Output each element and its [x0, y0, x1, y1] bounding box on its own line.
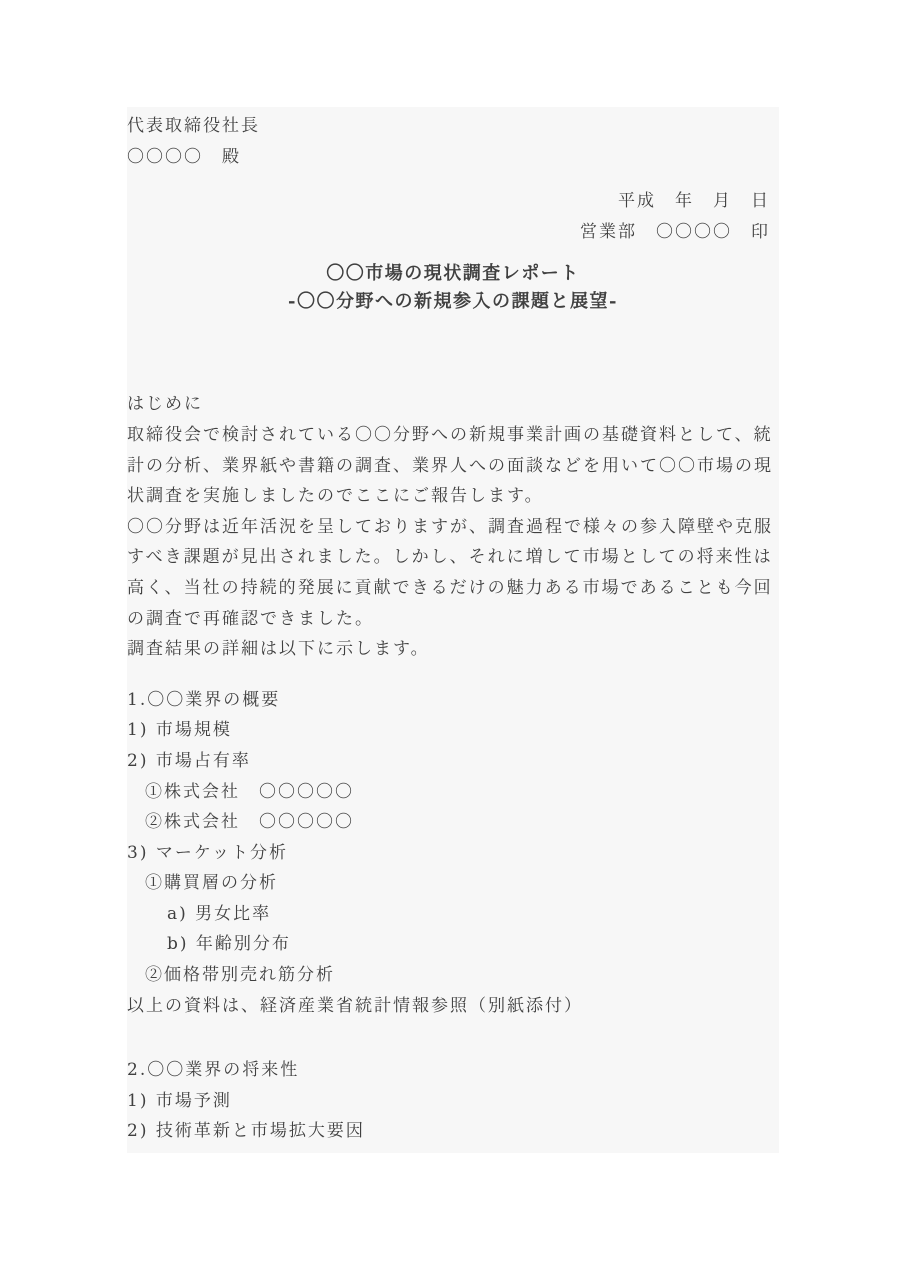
text-line: ②価格帯別売れ筋分析	[127, 960, 779, 991]
text-line: 高く、当社の持続的発展に貢献できるだけの魅力ある市場であることも今回	[127, 573, 779, 604]
text-line: 2) 市場占有率	[127, 746, 779, 777]
text-line: 調査結果の詳細は以下に示します。	[127, 634, 779, 665]
text-line: すべき課題が見出されました。しかし、それに増して市場としての将来性は	[127, 542, 779, 573]
group-section-2: 2.〇〇業界の将来性1) 市場予測2) 技術革新と市場拡大要因	[127, 1055, 779, 1147]
text-line: 代表取締役社長	[127, 111, 779, 142]
text-line: はじめに	[127, 389, 779, 420]
text-line: 1.〇〇業界の概要	[127, 685, 779, 716]
text-line: 2.〇〇業界の将来性	[127, 1055, 779, 1086]
text-line: 1) 市場予測	[127, 1086, 779, 1117]
text-line: ①株式会社 〇〇〇〇〇	[127, 777, 779, 808]
group-recipient: 代表取締役社長〇〇〇〇 殿	[127, 111, 779, 172]
page-background: 代表取締役社長〇〇〇〇 殿平成 年 月 日営業部 〇〇〇〇 印〇〇市場の現状調査…	[0, 0, 905, 1280]
text-line: 平成 年 月 日	[127, 186, 770, 217]
text-line: 〇〇〇〇 殿	[127, 142, 779, 173]
group-intro: はじめに取締役会で検討されている〇〇分野への新規事業計画の基礎資料として、統計の…	[127, 389, 779, 664]
text-line: 3) マーケット分析	[127, 838, 779, 869]
text-line: 以上の資料は、経済産業省統計情報参照（別紙添付）	[127, 991, 779, 1022]
text-line: b) 年齢別分布	[127, 929, 779, 960]
group-section-1: 1.〇〇業界の概要1) 市場規模2) 市場占有率①株式会社 〇〇〇〇〇②株式会社…	[127, 685, 779, 1022]
text-line: 計の分析、業界紙や書籍の調査、業界人への面談などを用いて〇〇市場の現	[127, 451, 779, 482]
text-line: ①購買層の分析	[127, 868, 779, 899]
text-line: 1) 市場規模	[127, 715, 779, 746]
text-line: a) 男女比率	[127, 899, 779, 930]
text-line: ②株式会社 〇〇〇〇〇	[127, 807, 779, 838]
group-date-sender: 平成 年 月 日営業部 〇〇〇〇 印	[127, 186, 779, 247]
text-line: 〇〇市場の現状調査レポート	[127, 260, 779, 288]
text-line: 営業部 〇〇〇〇 印	[127, 217, 770, 248]
text-line: 状調査を実施しましたのでここにご報告します。	[127, 481, 779, 512]
text-line: 〇〇分野は近年活況を呈しておりますが、調査過程で様々の参入障壁や克服	[127, 512, 779, 543]
text-line: 取締役会で検討されている〇〇分野への新規事業計画の基礎資料として、統	[127, 420, 779, 451]
text-line: の調査で再確認できました。	[127, 604, 779, 635]
text-line: -〇〇分野への新規参入の課題と展望-	[127, 288, 779, 316]
document-sheet: 代表取締役社長〇〇〇〇 殿平成 年 月 日営業部 〇〇〇〇 印〇〇市場の現状調査…	[127, 107, 779, 1153]
group-title-block: 〇〇市場の現状調査レポート-〇〇分野への新規参入の課題と展望-	[127, 260, 779, 316]
text-line: 2) 技術革新と市場拡大要因	[127, 1116, 779, 1147]
